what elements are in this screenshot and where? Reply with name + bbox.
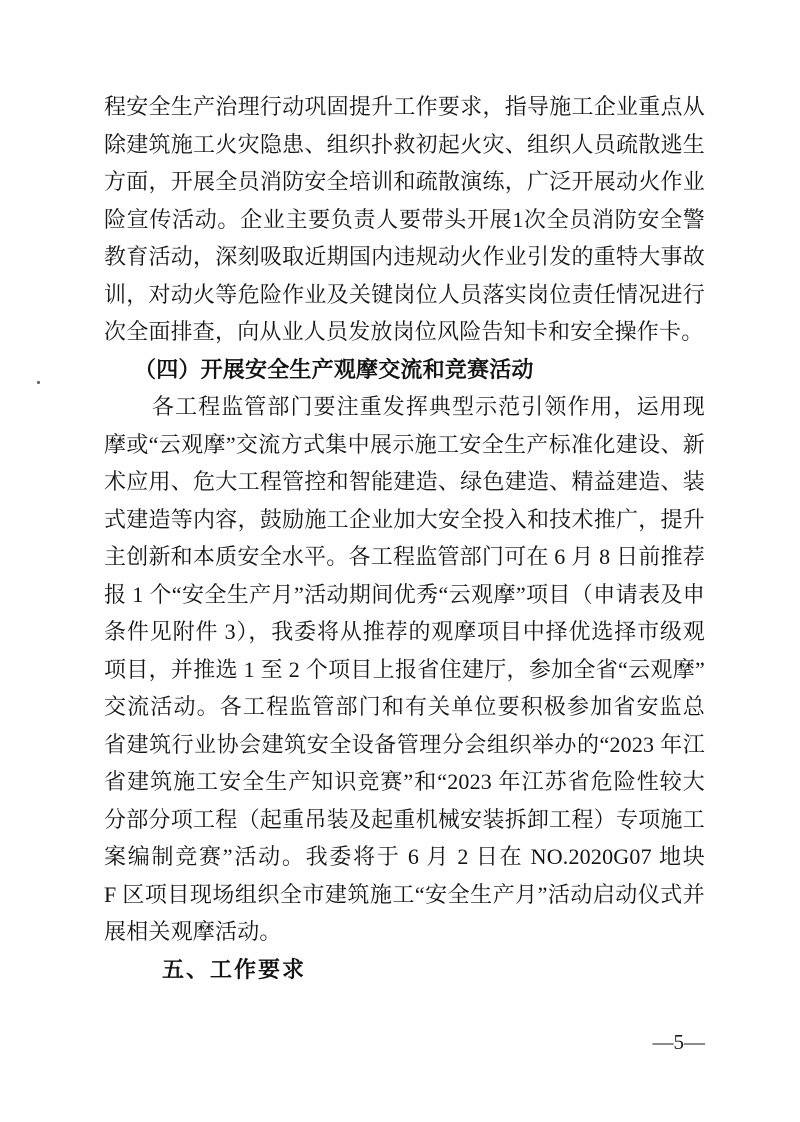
text-line: 次全面排查，向从业人员发放岗位风险告知卡和安全操作卡。 bbox=[104, 313, 705, 351]
text-line: 省建筑施工安全生产知识竞赛”和“2023 年江苏省危险性较大的 bbox=[104, 763, 705, 801]
text-line: 交流活动。各工程监管部门和有关单位要积极参加省安监总站、 bbox=[104, 688, 705, 726]
section-heading: （四）开展安全生产观摩交流和竞赛活动 bbox=[104, 351, 705, 389]
text-line: 案编制竞赛”活动。我委将于 6 月 2 日在 NO.2020G07 地块 D、E… bbox=[104, 838, 705, 876]
text-line: 项目，并推选 1 至 2 个项目上报省住建厅，参加全省“云观摩” bbox=[104, 651, 705, 689]
text-line: 术应用、危大工程管控和智能建造、绿色建造、精益建造、装配 bbox=[104, 463, 705, 501]
text-line: 除建筑施工火灾隐患、组织扑救初起火灾、组织人员疏散逃生等 bbox=[104, 126, 705, 164]
document-page: 程安全生产治理行动巩固提升工作要求，指导施工企业重点从消除建筑施工火灾隐患、组织… bbox=[0, 0, 800, 1122]
text-line: 训，对动火等危险作业及关键岗位人员落实岗位责任情况进行1 bbox=[104, 276, 705, 314]
text-line: F 区项目现场组织全市建筑施工“安全生产月”活动启动仪式并开 bbox=[104, 876, 705, 914]
text-line: 式建造等内容，鼓励施工企业加大安全投入和技术推广，提升自 bbox=[104, 501, 705, 539]
text-line: 各工程监管部门要注重发挥典型示范引领作用，运用现场观 bbox=[104, 388, 705, 426]
text-line: 展相关观摩活动。 bbox=[104, 913, 705, 951]
text-line: 省建筑行业协会建筑安全设备管理分会组织举办的“2023 年江苏 bbox=[104, 726, 705, 764]
text-line: 教育活动，深刻吸取近期国内违规动火作业引发的重特大事故教 bbox=[104, 238, 705, 276]
page-number: —5— bbox=[653, 1030, 706, 1055]
text-line: 方面，开展全员消防安全培训和疏散演练，广泛开展动火作业风 bbox=[104, 163, 705, 201]
document-body: 程安全生产治理行动巩固提升工作要求，指导施工企业重点从消除建筑施工火灾隐患、组织… bbox=[104, 88, 705, 988]
text-line: 程安全生产治理行动巩固提升工作要求，指导施工企业重点从消 bbox=[104, 88, 705, 126]
text-line: 主创新和本质安全水平。各工程监管部门可在 6 月 8 日前推荐上 bbox=[104, 538, 705, 576]
section-heading: 五、工作要求 bbox=[104, 951, 705, 989]
text-line: 摩或“云观摩”交流方式集中展示施工安全生产标准化建设、新技 bbox=[104, 426, 705, 464]
text-line: 分部分项工程（起重吊装及起重机械安装拆卸工程）专项施工方 bbox=[104, 801, 705, 839]
text-line: 险宣传活动。企业主要负责人要带头开展1次全员消防安全警示 bbox=[104, 201, 705, 239]
text-line: 条件见附件 3），我委将从推荐的观摩项目中择优选择市级观摩 bbox=[104, 613, 705, 651]
text-line: 报 1 个“安全生产月”活动期间优秀“云观摩”项目（申请表及申报 bbox=[104, 576, 705, 614]
scan-speck bbox=[37, 381, 40, 384]
